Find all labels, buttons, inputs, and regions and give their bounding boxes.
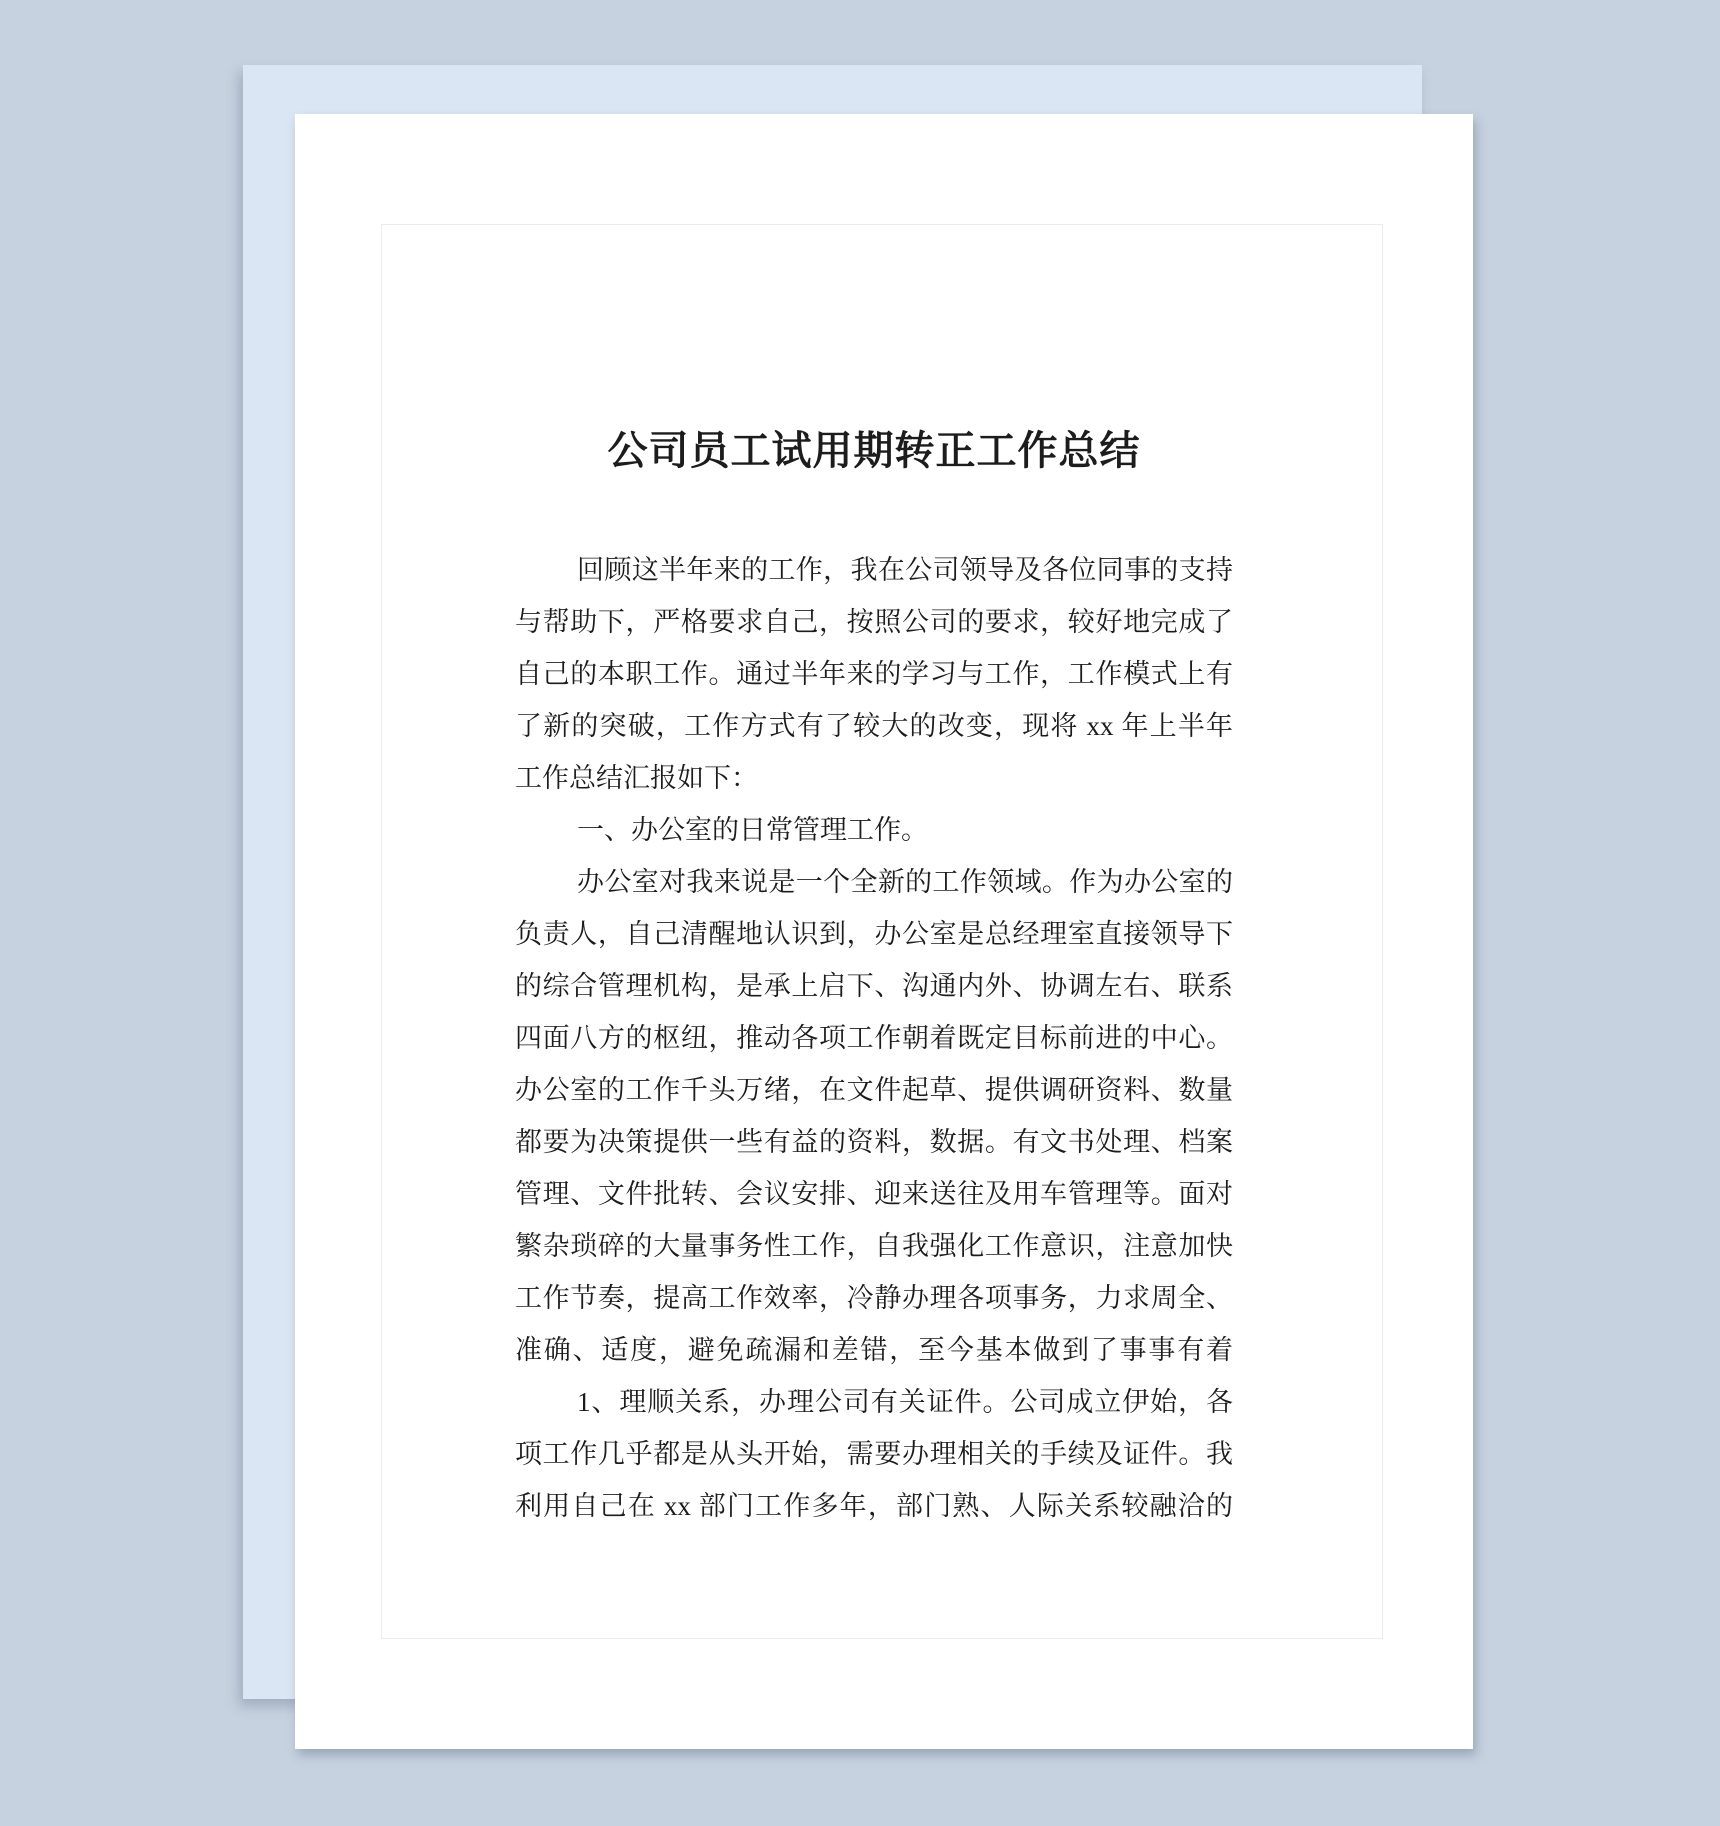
- text-line: 的综合管理机构，是承上启下、沟通内外、协调左右、联系: [515, 960, 1233, 1012]
- text-line: 四面八方的枢纽，推动各项工作朝着既定目标前进的中心。: [515, 1012, 1233, 1064]
- document-title: 公司员工试用期转正工作总结: [515, 425, 1233, 477]
- text-line: 办公室对我来说是一个全新的工作领域。作为办公室的: [515, 856, 1233, 908]
- text-line: 利用自己在 xx 部门工作多年，部门熟、人际关系较融洽的: [515, 1480, 1233, 1532]
- text-line: 项工作几乎都是从头开始，需要办理相关的手续及证件。我: [515, 1428, 1233, 1480]
- text-line: 工作节奏，提高工作效率，冷静办理各项事务，力求周全、: [515, 1272, 1233, 1324]
- text-line: 一、办公室的日常管理工作。: [515, 804, 1233, 856]
- document-body: 回顾这半年来的工作，我在公司领导及各位同事的支持与帮助下，严格要求自己，按照公司…: [515, 544, 1233, 1532]
- document-page: 公司员工试用期转正工作总结 回顾这半年来的工作，我在公司领导及各位同事的支持与帮…: [295, 114, 1473, 1749]
- text-line: 繁杂琐碎的大量事务性工作，自我强化工作意识，注意加快: [515, 1220, 1233, 1272]
- text-line: 工作总结汇报如下：: [515, 752, 1233, 804]
- text-line: 1、理顺关系，办理公司有关证件。公司成立伊始，各: [515, 1376, 1233, 1428]
- text-line: 都要为决策提供一些有益的资料，数据。有文书处理、档案: [515, 1116, 1233, 1168]
- text-line: 负责人，自己清醒地认识到，办公室是总经理室直接领导下: [515, 908, 1233, 960]
- desktop-background: { "colors": { "canvas_background": "#c7d…: [0, 0, 1720, 1826]
- text-line: 自己的本职工作。通过半年来的学习与工作，工作模式上有: [515, 648, 1233, 700]
- text-line: 管理、文件批转、会议安排、迎来送往及用车管理等。面对: [515, 1168, 1233, 1220]
- document-content: 公司员工试用期转正工作总结 回顾这半年来的工作，我在公司领导及各位同事的支持与帮…: [515, 425, 1233, 1532]
- text-line: 了新的突破，工作方式有了较大的改变，现将 xx 年上半年: [515, 700, 1233, 752]
- text-line: 与帮助下，严格要求自己，按照公司的要求，较好地完成了: [515, 596, 1233, 648]
- text-line: 办公室的工作千头万绪，在文件起草、提供调研资料、数量: [515, 1064, 1233, 1116]
- text-line: 准确、适度，避免疏漏和差错，至今基本做到了事事有着落。: [515, 1324, 1233, 1376]
- text-line: 回顾这半年来的工作，我在公司领导及各位同事的支持: [515, 544, 1233, 596]
